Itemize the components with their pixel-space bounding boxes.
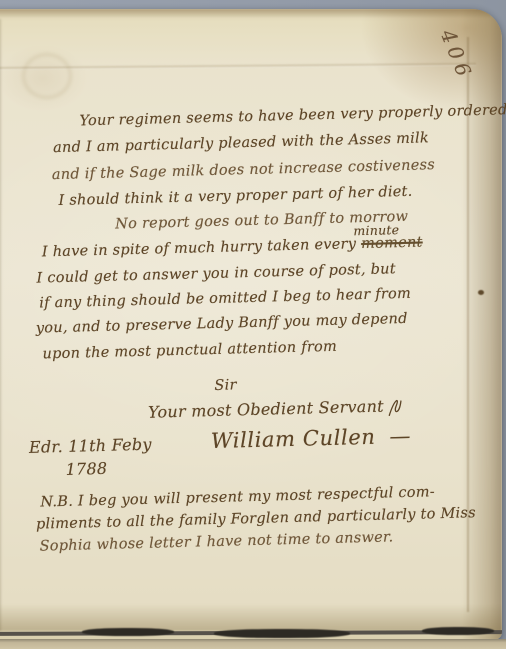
dateline-year: 1788	[65, 459, 107, 479]
postscript-line: Sophia whose letter I have not time to a…	[39, 529, 393, 554]
letter-line: I have in spite of much hurry taken ever…	[42, 234, 423, 260]
manuscript-scan: 406 Your regimen seems to have been very…	[0, 0, 506, 649]
letter-line-text: I have in spite of much hurry taken ever…	[42, 236, 357, 260]
letter-line: you, and to preserve Lady Banff you may …	[36, 311, 408, 337]
closing-valediction: Your most Obedient Servant	[148, 395, 402, 424]
signature: William Cullen—	[211, 424, 411, 453]
letter-line: and I am particularly pleased with the A…	[53, 130, 429, 156]
letter-line: I should think it a very proper part of …	[58, 184, 412, 209]
letter-line: if any thing should be omitted I beg to …	[39, 286, 411, 312]
closing-salutation: Sir	[214, 377, 237, 394]
signature-name: William Cullen	[211, 425, 376, 453]
postscript-line: N.B. I beg you will present my most resp…	[40, 484, 435, 510]
valediction-text: Your most Obedient Servant	[148, 397, 384, 422]
letter-text-layer: Your regimen seems to have been very pro…	[0, 0, 506, 649]
letter-line: and if the Sage milk does not increase c…	[52, 157, 435, 183]
pen-flourish-icon	[386, 395, 403, 417]
postscript-line: pliments to all the family Forglen and p…	[36, 505, 476, 533]
dateline-place-date: Edr. 11th Feby	[29, 435, 152, 457]
letter-line: Your regimen seems to have been very pro…	[79, 102, 506, 129]
letter-line: I could get to answer you in course of p…	[36, 261, 396, 286]
letter-line: upon the most punctual attention from	[42, 339, 337, 363]
struck-out-word: moment	[361, 234, 423, 252]
signature-flourish: —	[389, 424, 411, 449]
